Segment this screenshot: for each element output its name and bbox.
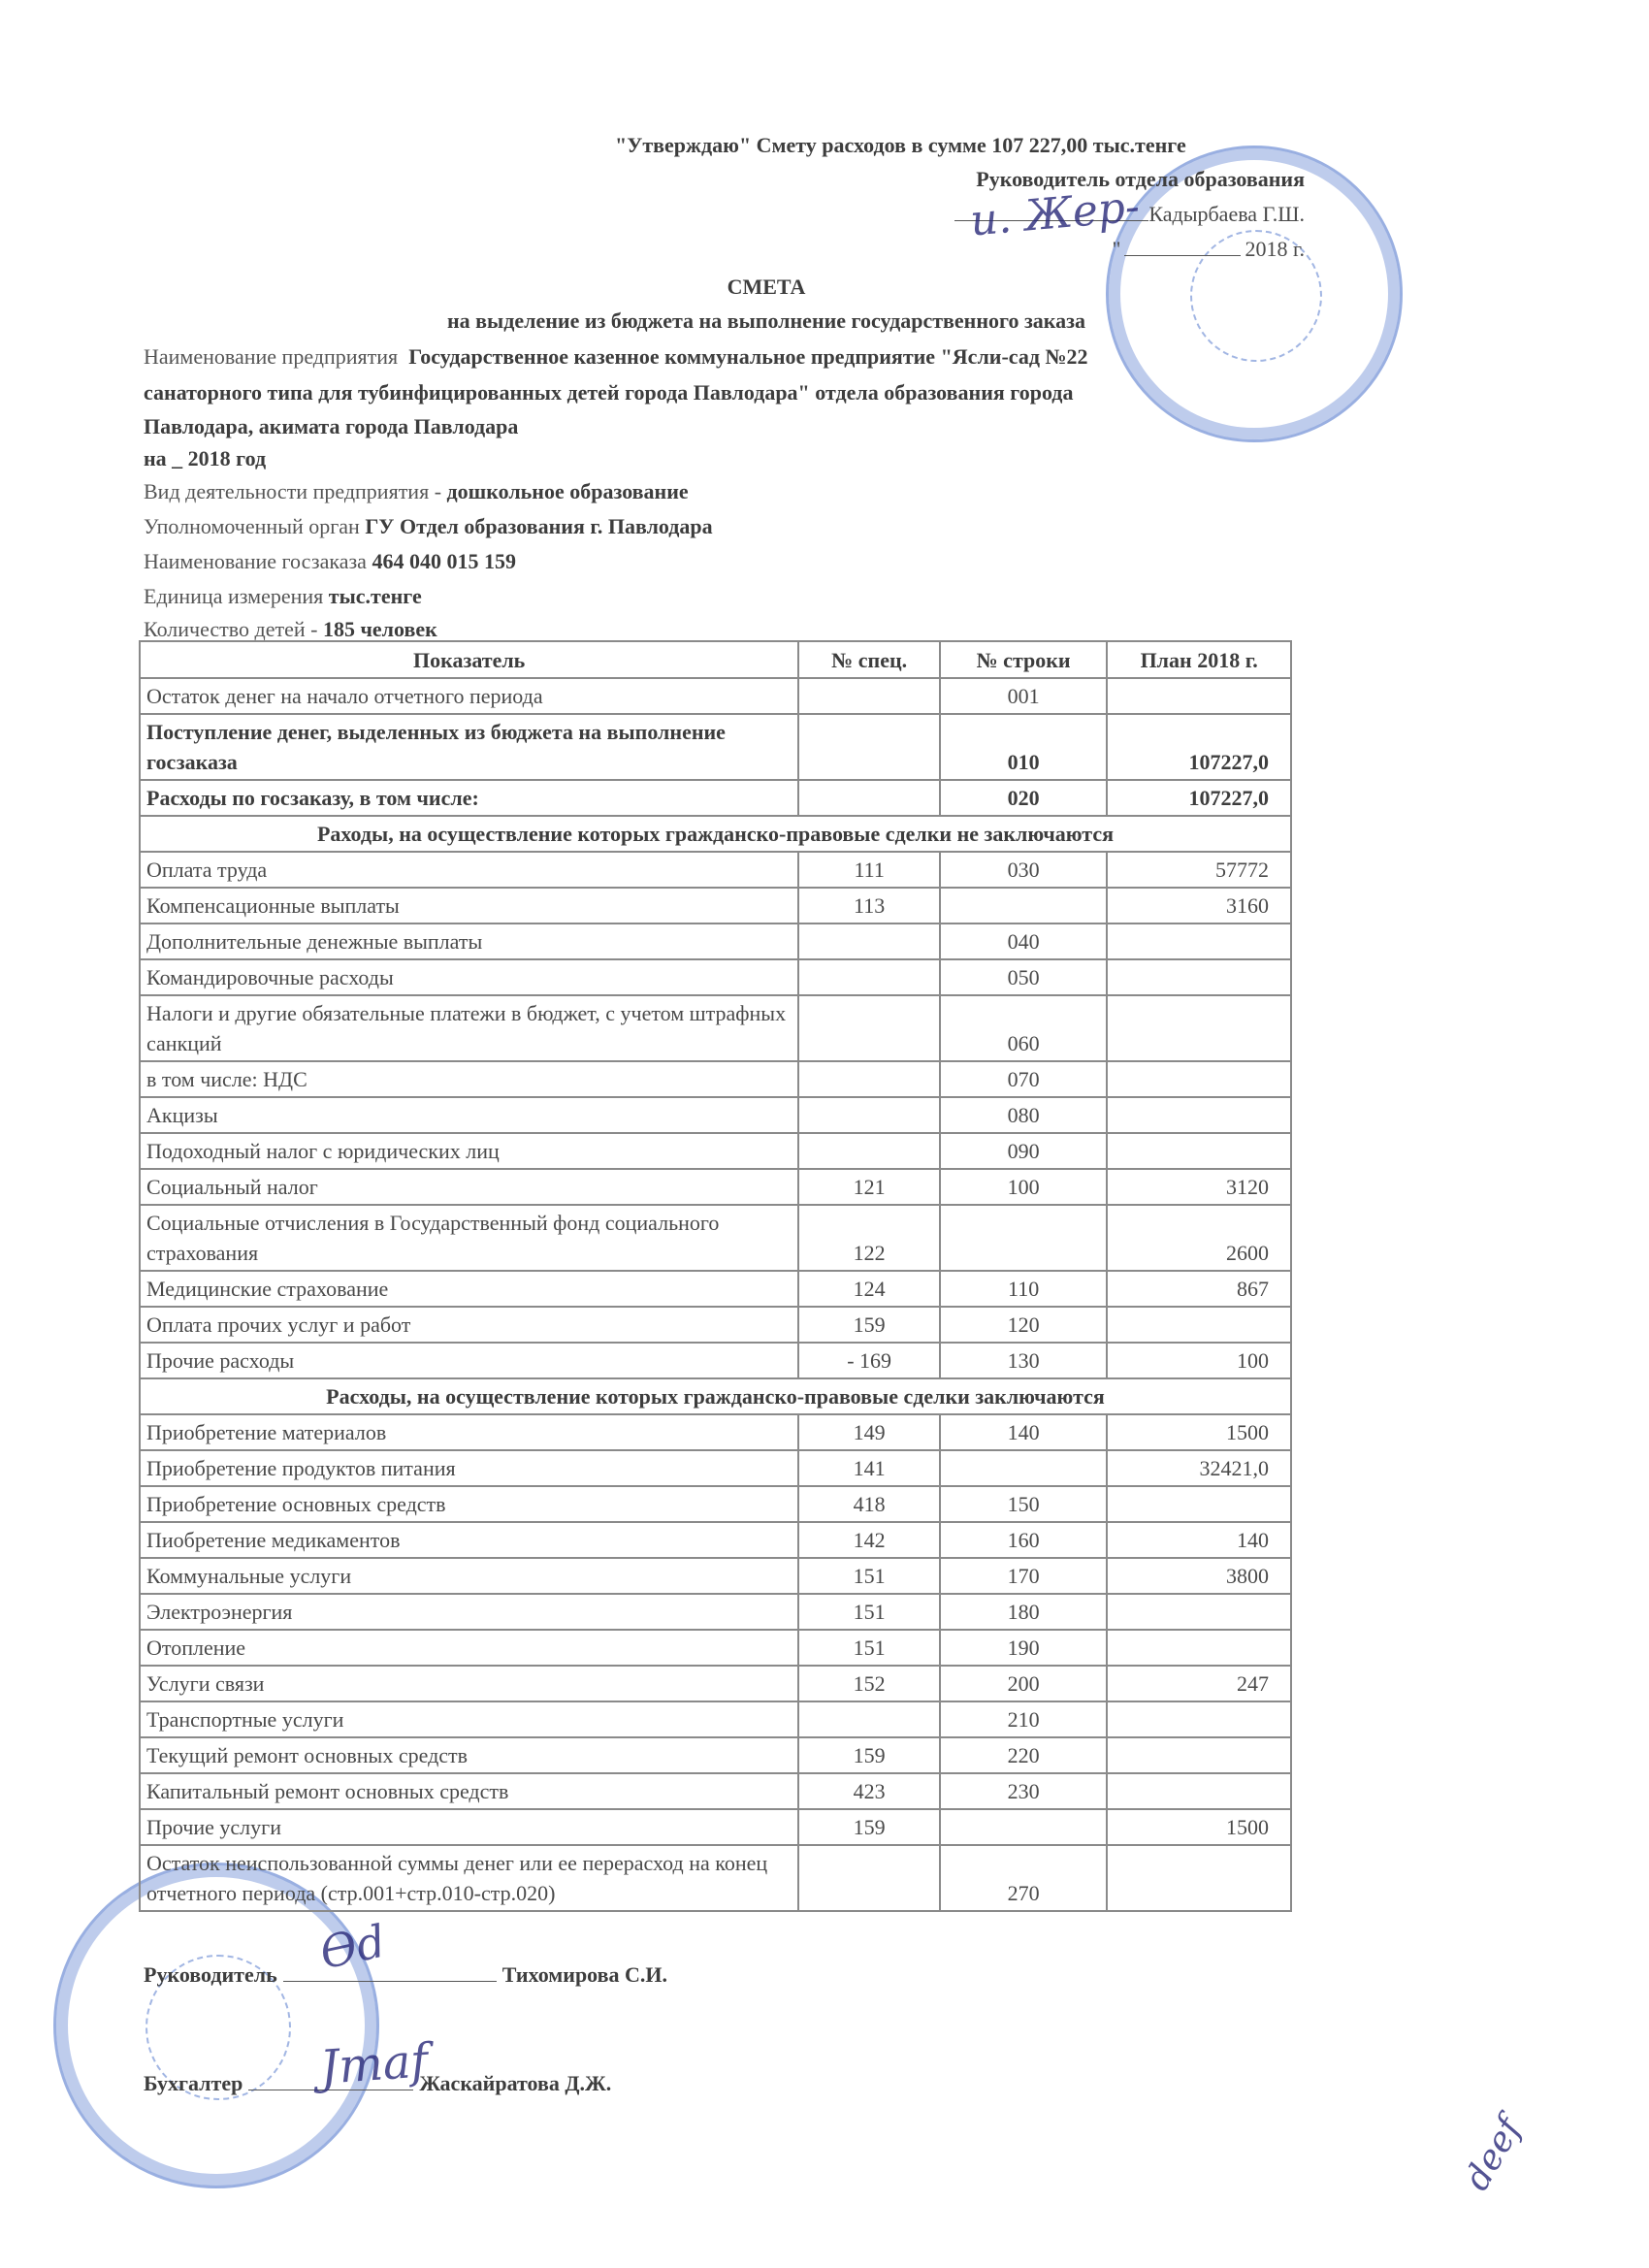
cell-indicator: Медицинские страхование <box>140 1271 798 1307</box>
cell-spec-number: 159 <box>798 1737 940 1773</box>
cell-spec-number: 149 <box>798 1414 940 1450</box>
table-row: Оплата прочих услуг и работ159120 <box>140 1307 1291 1343</box>
cell-spec-number: 418 <box>798 1486 940 1522</box>
cell-line-number: 050 <box>940 959 1107 995</box>
header-indicator: Показатель <box>140 641 798 678</box>
cell-plan-value <box>1107 1773 1291 1809</box>
accountant-name: Жаскайратова Д.Ж. <box>419 2071 611 2095</box>
cell-spec-number: 111 <box>798 852 940 888</box>
cell-indicator: Остаток денег на начало отчетного период… <box>140 678 798 714</box>
cell-plan-value: 1500 <box>1107 1809 1291 1845</box>
cell-plan-value <box>1107 1701 1291 1737</box>
cell-spec-number: 152 <box>798 1666 940 1701</box>
cell-line-number: 030 <box>940 852 1107 888</box>
cell-line-number: 170 <box>940 1558 1107 1594</box>
cell-line-number: 140 <box>940 1414 1107 1450</box>
document-title: СМЕТА <box>0 275 1533 300</box>
cell-line-number: 001 <box>940 678 1107 714</box>
cell-line-number: 160 <box>940 1522 1107 1558</box>
date-quote: " <box>1112 237 1120 261</box>
cell-spec-number: 151 <box>798 1630 940 1666</box>
cell-indicator: Акцизы <box>140 1097 798 1133</box>
table-row: Пиобретение медикаментов142160140 <box>140 1522 1291 1558</box>
table-row: Остаток денег на начало отчетного период… <box>140 678 1291 714</box>
cell-spec-number <box>798 923 940 959</box>
cell-indicator: в том числе: НДС <box>140 1061 798 1097</box>
cell-spec-number <box>798 995 940 1061</box>
cell-line-number: 080 <box>940 1097 1107 1133</box>
cell-line-number: 210 <box>940 1701 1107 1737</box>
cell-plan-value: 3800 <box>1107 1558 1291 1594</box>
cell-indicator: Пиобретение медикаментов <box>140 1522 798 1558</box>
table-row: Компенсационные выплаты1133160 <box>140 888 1291 923</box>
cell-plan-value <box>1107 1486 1291 1522</box>
cell-spec-number <box>798 780 940 816</box>
cell-plan-value: 107227,0 <box>1107 714 1291 780</box>
state-order-name: Наименование госзаказа 464 040 015 159 <box>144 549 516 574</box>
table-row: Электроэнергия151180 <box>140 1594 1291 1630</box>
cell-indicator: Текущий ремонт основных средств <box>140 1737 798 1773</box>
director-name: Тихомирова С.И. <box>502 1962 667 1987</box>
cell-plan-value: 140 <box>1107 1522 1291 1558</box>
cell-line-number: 230 <box>940 1773 1107 1809</box>
cell-plan-value <box>1107 1133 1291 1169</box>
table-section-header: Расходы, на осуществление которых гражда… <box>140 1378 1291 1414</box>
table-row: Приобретение основных средств418150 <box>140 1486 1291 1522</box>
accountant-handwritten-signature: Jmaf <box>318 2033 430 2095</box>
approver-name: Кадырбаева Г.Ш. <box>1148 202 1305 226</box>
unit-of-measure: Единица измерения тыс.тенге <box>144 584 422 609</box>
table-row: Подоходный налог с юридических лиц090 <box>140 1133 1291 1169</box>
cell-plan-value <box>1107 1845 1291 1911</box>
cell-plan-value: 247 <box>1107 1666 1291 1701</box>
cell-line-number: 020 <box>940 780 1107 816</box>
cell-line-number: 090 <box>940 1133 1107 1169</box>
cell-indicator: Остаток неиспользованной суммы денег или… <box>140 1845 798 1911</box>
header-line-number: № строки <box>940 641 1107 678</box>
header-spec-number: № спец. <box>798 641 940 678</box>
table-row: Остаток неиспользованной суммы денег или… <box>140 1845 1291 1911</box>
cell-indicator: Оплата прочих услуг и работ <box>140 1307 798 1343</box>
director-signature-line: РуководительТихомирова С.И. <box>144 1962 667 1988</box>
table-row: Расходы по госзаказу, в том числе:020107… <box>140 780 1291 816</box>
cell-line-number <box>940 1205 1107 1271</box>
cell-line-number <box>940 1450 1107 1486</box>
cell-indicator: Расходы по госзаказу, в том числе: <box>140 780 798 816</box>
cell-plan-value <box>1107 995 1291 1061</box>
enterprise-name-line2: санаторного типа для тубинфицированных д… <box>144 380 1073 405</box>
cell-line-number: 200 <box>940 1666 1107 1701</box>
table-row: Приобретение материалов1491401500 <box>140 1414 1291 1450</box>
cell-plan-value <box>1107 1630 1291 1666</box>
cell-plan-value: 1500 <box>1107 1414 1291 1450</box>
table-row: Текущий ремонт основных средств159220 <box>140 1737 1291 1773</box>
cell-plan-value <box>1107 1061 1291 1097</box>
cell-plan-value: 867 <box>1107 1271 1291 1307</box>
cell-spec-number <box>798 714 940 780</box>
cell-line-number: 220 <box>940 1737 1107 1773</box>
cell-plan-value: 3120 <box>1107 1169 1291 1205</box>
table-row: Транспортные услуги210 <box>140 1701 1291 1737</box>
date-underline <box>1124 238 1241 256</box>
table-row: Дополнительные денежные выплаты040 <box>140 923 1291 959</box>
approver-position: Руководитель отдела образования <box>976 167 1305 192</box>
cell-indicator: Приобретение основных средств <box>140 1486 798 1522</box>
cell-spec-number: 122 <box>798 1205 940 1271</box>
cell-line-number: 110 <box>940 1271 1107 1307</box>
cell-spec-number <box>798 1097 940 1133</box>
table-section-header: Раходы, на осуществление которых граждан… <box>140 816 1291 852</box>
cell-spec-number: 159 <box>798 1809 940 1845</box>
cell-plan-value <box>1107 678 1291 714</box>
cell-spec-number: 151 <box>798 1558 940 1594</box>
cell-line-number <box>940 1809 1107 1845</box>
table-row: Социальный налог1211003120 <box>140 1169 1291 1205</box>
cell-spec-number: 121 <box>798 1169 940 1205</box>
cell-plan-value <box>1107 1594 1291 1630</box>
cell-line-number: 100 <box>940 1169 1107 1205</box>
cell-spec-number <box>798 1701 940 1737</box>
plan-year: на _ 2018 год <box>144 446 266 471</box>
table-row: Капитальный ремонт основных средств42323… <box>140 1773 1291 1809</box>
cell-indicator: Приобретение материалов <box>140 1414 798 1450</box>
section-title: Расходы, на осуществление которых гражда… <box>140 1378 1291 1414</box>
table-row: в том числе: НДС070 <box>140 1061 1291 1097</box>
cell-line-number: 180 <box>940 1594 1107 1630</box>
approval-date: "2018 г. <box>1112 237 1305 262</box>
cell-spec-number: 142 <box>798 1522 940 1558</box>
authorized-body: Уполномоченный орган ГУ Отдел образовани… <box>144 514 713 539</box>
cell-plan-value: 107227,0 <box>1107 780 1291 816</box>
table-row: Прочие расходы- 169130100 <box>140 1343 1291 1378</box>
cell-indicator: Социальные отчисления в Государственный … <box>140 1205 798 1271</box>
cell-line-number: 060 <box>940 995 1107 1061</box>
children-count: Количество детей - 185 человек <box>144 617 437 642</box>
accountant-label: Бухгалтер <box>144 2071 242 2095</box>
cell-spec-number: 423 <box>798 1773 940 1809</box>
cell-indicator: Дополнительные денежные выплаты <box>140 923 798 959</box>
cell-spec-number: 113 <box>798 888 940 923</box>
cell-plan-value <box>1107 1737 1291 1773</box>
cell-plan-value <box>1107 923 1291 959</box>
document-subtitle: на выделение из бюджета на выполнение го… <box>0 308 1533 334</box>
cell-plan-value <box>1107 1097 1291 1133</box>
cell-line-number: 130 <box>940 1343 1107 1378</box>
table-row: Налоги и другие обязательные платежи в б… <box>140 995 1291 1061</box>
header-plan: План 2018 г. <box>1107 641 1291 678</box>
cell-indicator: Социальный налог <box>140 1169 798 1205</box>
activity-type: Вид деятельности предприятия - дошкольно… <box>144 479 689 504</box>
cell-line-number <box>940 888 1107 923</box>
table-row: Поступление денег, выделенных из бюджета… <box>140 714 1291 780</box>
cell-indicator: Электроэнергия <box>140 1594 798 1630</box>
director-label: Руководитель <box>144 1962 277 1987</box>
cell-spec-number <box>798 1845 940 1911</box>
cell-spec-number: 159 <box>798 1307 940 1343</box>
section-title: Раходы, на осуществление которых граждан… <box>140 816 1291 852</box>
cell-plan-value: 32421,0 <box>1107 1450 1291 1486</box>
cell-spec-number: 151 <box>798 1594 940 1630</box>
cell-spec-number <box>798 1061 940 1097</box>
cell-line-number: 150 <box>940 1486 1107 1522</box>
table-row: Отопление151190 <box>140 1630 1291 1666</box>
director-underline <box>283 1963 497 1982</box>
cell-spec-number <box>798 678 940 714</box>
cell-indicator: Услуги связи <box>140 1666 798 1701</box>
cell-plan-value: 2600 <box>1107 1205 1291 1271</box>
cell-line-number: 190 <box>940 1630 1107 1666</box>
cell-spec-number: 124 <box>798 1271 940 1307</box>
cell-plan-value: 100 <box>1107 1343 1291 1378</box>
cell-indicator: Оплата труда <box>140 852 798 888</box>
table-row: Прочие услуги1591500 <box>140 1809 1291 1845</box>
cell-indicator: Транспортные услуги <box>140 1701 798 1737</box>
cell-plan-value <box>1107 1307 1291 1343</box>
cell-indicator: Капитальный ремонт основных средств <box>140 1773 798 1809</box>
table-row: Социальные отчисления в Государственный … <box>140 1205 1291 1271</box>
cell-spec-number: - 169 <box>798 1343 940 1378</box>
cell-indicator: Поступление денег, выделенных из бюджета… <box>140 714 798 780</box>
cell-indicator: Компенсационные выплаты <box>140 888 798 923</box>
initials-signature: deef <box>1457 2111 1530 2197</box>
table-row: Услуги связи152200247 <box>140 1666 1291 1701</box>
table-row: Приобретение продуктов питания14132421,0 <box>140 1450 1291 1486</box>
cell-indicator: Налоги и другие обязательные платежи в б… <box>140 995 798 1061</box>
table-body: Остаток денег на начало отчетного период… <box>140 678 1291 1911</box>
table-header-row: Показатель № спец. № строки План 2018 г. <box>140 641 1291 678</box>
cell-plan-value: 57772 <box>1107 852 1291 888</box>
table-row: Медицинские страхование124110867 <box>140 1271 1291 1307</box>
cell-line-number: 070 <box>940 1061 1107 1097</box>
cell-indicator: Командировочные расходы <box>140 959 798 995</box>
cell-indicator: Приобретение продуктов питания <box>140 1450 798 1486</box>
approval-statement: "Утверждаю" Смету расходов в сумме 107 2… <box>615 133 1186 158</box>
table-row: Оплата труда11103057772 <box>140 852 1291 888</box>
cell-line-number: 010 <box>940 714 1107 780</box>
cell-spec-number: 141 <box>798 1450 940 1486</box>
table-row: Коммунальные услуги1511703800 <box>140 1558 1291 1594</box>
enterprise-name-line1: Наименование предприятия Государственное… <box>144 344 1088 370</box>
cell-plan-value <box>1107 959 1291 995</box>
cell-indicator: Прочие расходы <box>140 1343 798 1378</box>
budget-table: Показатель № спец. № строки План 2018 г.… <box>139 640 1292 1912</box>
cell-spec-number <box>798 1133 940 1169</box>
table-row: Командировочные расходы050 <box>140 959 1291 995</box>
cell-indicator: Отопление <box>140 1630 798 1666</box>
cell-line-number: 040 <box>940 923 1107 959</box>
cell-indicator: Прочие услуги <box>140 1809 798 1845</box>
enterprise-name-line3: Павлодара, акимата города Павлодара <box>144 414 518 439</box>
cell-indicator: Коммунальные услуги <box>140 1558 798 1594</box>
cell-indicator: Подоходный налог с юридических лиц <box>140 1133 798 1169</box>
approval-year: 2018 г. <box>1245 237 1305 261</box>
table-row: Акцизы080 <box>140 1097 1291 1133</box>
cell-plan-value: 3160 <box>1107 888 1291 923</box>
cell-line-number: 120 <box>940 1307 1107 1343</box>
cell-line-number: 270 <box>940 1845 1107 1911</box>
cell-spec-number <box>798 959 940 995</box>
